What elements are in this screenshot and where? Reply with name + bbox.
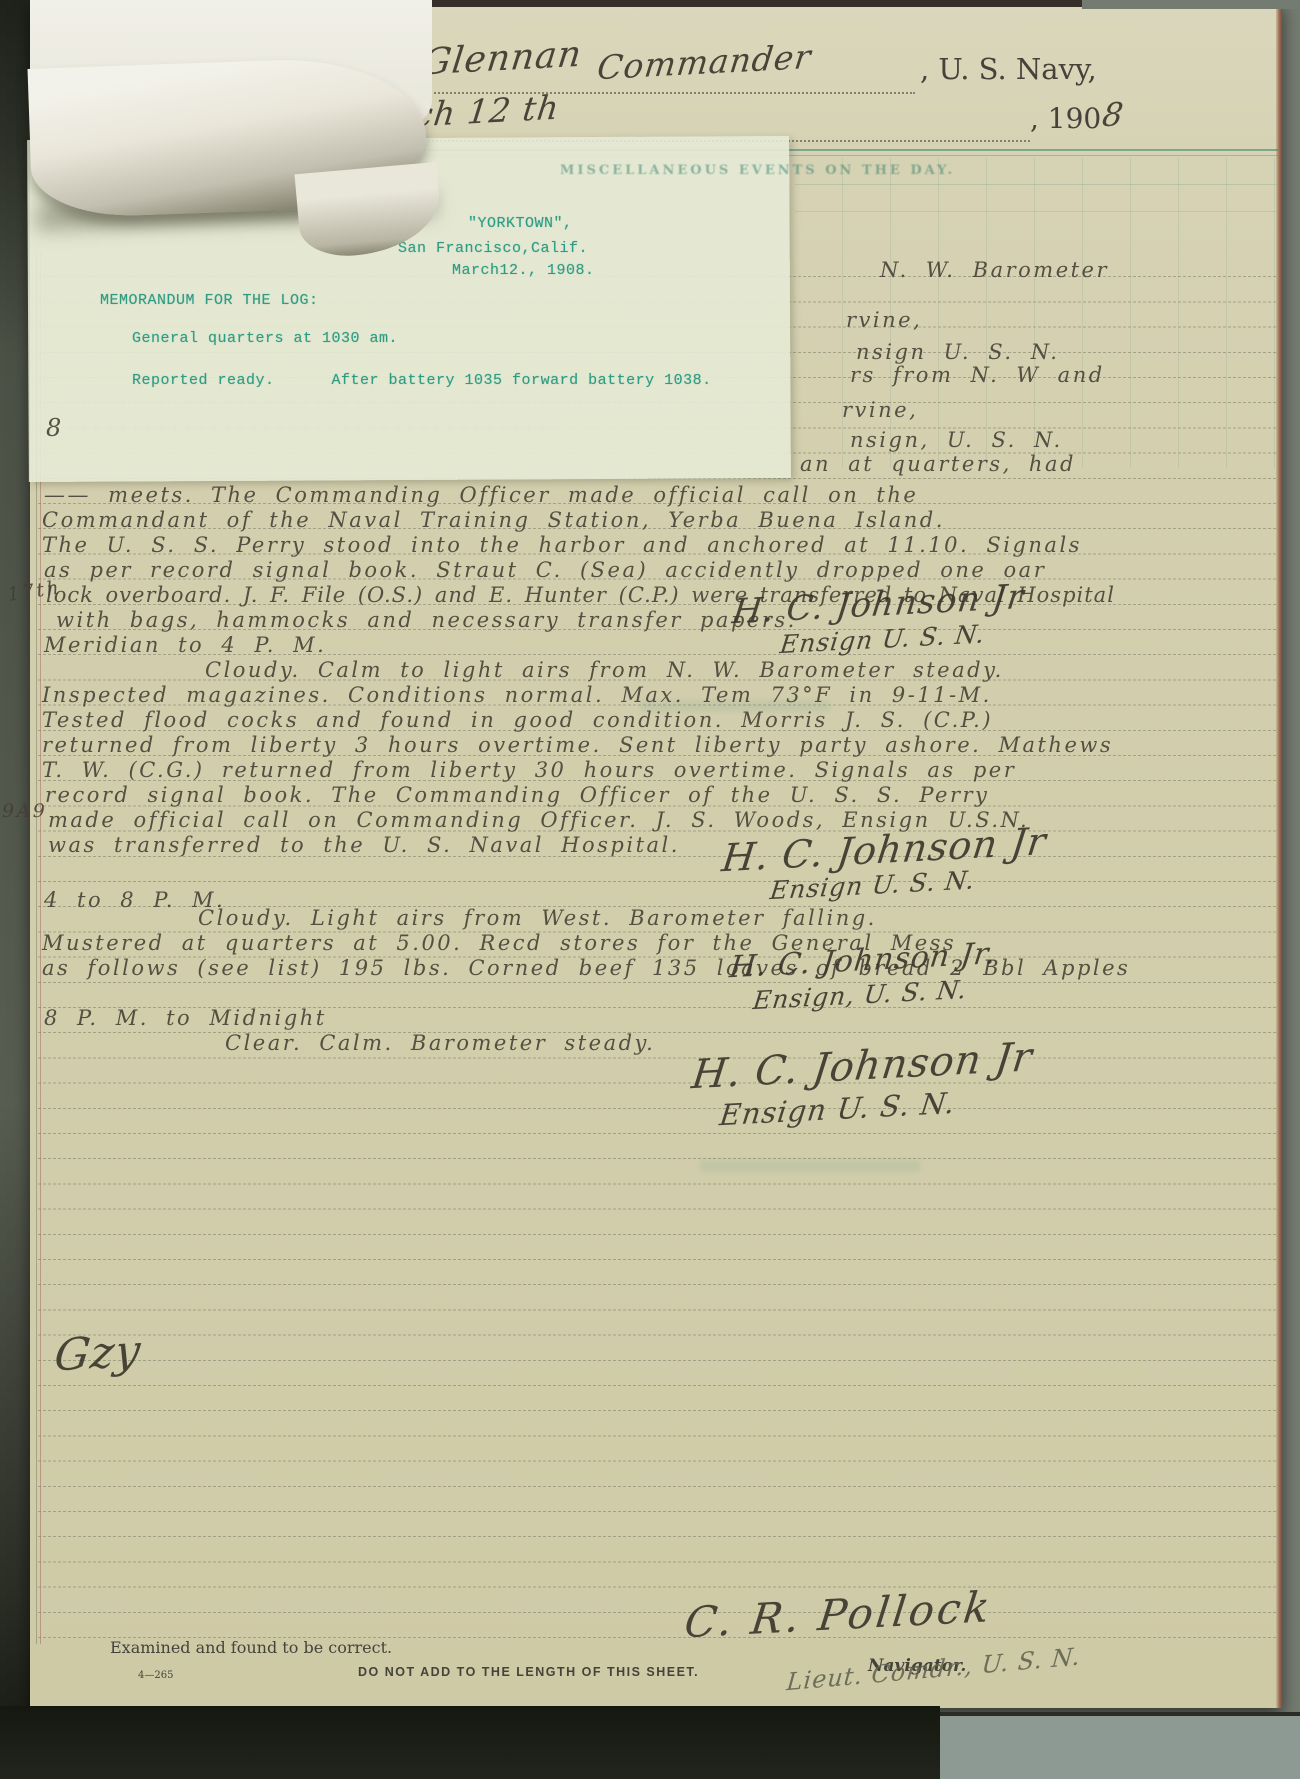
fragment: rvine, (846, 308, 922, 332)
backdrop-bottom-left (0, 1706, 940, 1779)
log-line: was transferred to the U. S. Naval Hospi… (48, 833, 680, 857)
log-line: T. W. (C.G.) returned from liberty 30 ho… (42, 758, 1016, 782)
typed-place: San Francisco,Calif. (398, 240, 588, 257)
fragment: an at quarters, had (800, 452, 1076, 476)
log-line: The U. S. S. Perry stood into the harbor… (42, 533, 1082, 557)
fragment: nsign, U. S. N. (850, 428, 1063, 452)
margin-note: 8 (46, 414, 64, 442)
memo-entry-1: General quarters at 1030 am. (132, 330, 398, 347)
memo-title: MEMORANDUM FOR THE LOG: (100, 292, 319, 309)
scanned-log-page: Glennan Commander , U. S. Navy, rch 12 t… (0, 0, 1300, 1779)
log-line: Commandant of the Naval Training Station… (42, 508, 945, 532)
log-line: Inspected magazines. Conditions normal. … (42, 683, 992, 707)
log-line: —— meets. The Commanding Officer made of… (44, 483, 918, 507)
printed-year: , 190 (1030, 102, 1101, 135)
examined-statement: Examined and found to be correct. (110, 1638, 392, 1657)
page-right-edge (1276, 0, 1282, 1708)
log-line: with bags, hammocks and necessary transf… (56, 608, 797, 632)
typed-date: March12., 1908. (452, 262, 595, 279)
fragment: rs from N. W and (850, 363, 1105, 387)
margin-note: 9A9 (2, 800, 47, 822)
fragment: N. W. Barometer (880, 258, 1109, 282)
memo-entry-2: Reported ready. After battery 1035 forwa… (132, 372, 712, 389)
printed-us-navy: , U. S. Navy, (920, 52, 1097, 86)
log-line: Cloudy. Light airs from West. Barometer … (198, 906, 877, 930)
log-line: as per record signal book. Straut C. (Se… (44, 558, 1046, 582)
backdrop-top-right (1082, 0, 1300, 9)
log-line: record signal book. The Commanding Offic… (45, 783, 989, 807)
log-line: returned from liberty 3 hours overtime. … (42, 733, 1113, 757)
log-line: Cloudy. Calm to light airs from N. W. Ba… (205, 658, 1004, 682)
log-line: Tested flood cocks and found in good con… (42, 708, 993, 732)
typed-ship-name: "YORKTOWN", (468, 215, 573, 232)
fragment: nsign U. S. N. (856, 340, 1059, 364)
fragment: rvine, (842, 398, 918, 422)
log-line: Clear. Calm. Barometer steady. (225, 1031, 655, 1055)
officer-name-handwritten: Glennan (420, 34, 584, 84)
page-top-edge (420, 0, 1085, 7)
log-line: Meridian to 4 P. M. (44, 633, 326, 657)
margin-monogram: Gzy (52, 1325, 144, 1381)
length-notice: DO NOT ADD TO THE LENGTH OF THIS SHEET. (358, 1665, 699, 1679)
log-line: 8 P. M. to Midnight (44, 1006, 327, 1030)
faint-column-header: MISCELLANEOUS EVENTS ON THE DAY. (560, 163, 955, 178)
form-number: 4—265 (138, 1670, 173, 1681)
backdrop-bottom-right (940, 1712, 1300, 1779)
